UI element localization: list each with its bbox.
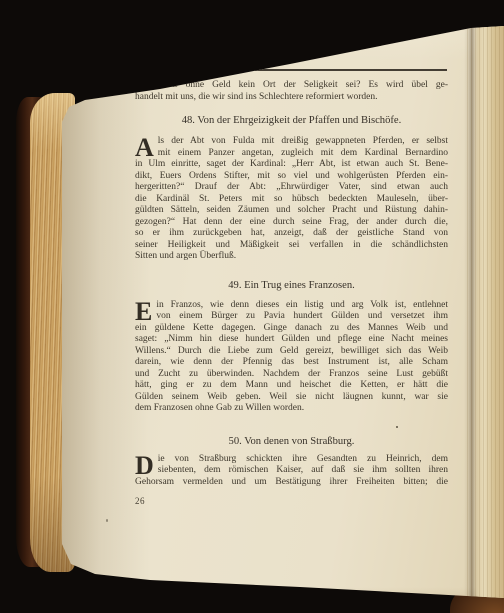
dust-speck <box>106 519 108 522</box>
text-line: seiner Heiligkeit und Mäßigkeit sei verf… <box>135 240 448 252</box>
text-line: Gülden seinem Weib geben. Weil sie nicht… <box>135 392 448 404</box>
drop-cap: A <box>135 137 154 158</box>
page-text-block: Sach, daß ohne Geld kein Ort der Seligke… <box>135 64 448 508</box>
text-line: ls der Abt von Fulda mit dreißig gewappn… <box>135 136 448 148</box>
text-line: mit einem Panzer angetan, zugleich mit d… <box>135 148 448 160</box>
text-line: in Ulm einritte, saget der Kardinal: „He… <box>135 159 448 171</box>
section-paragraph-48: A ls der Abt von Fulda mit dreißig gewap… <box>135 136 448 263</box>
text-line: in Franzos, wie denn dieses ein listig u… <box>135 300 448 312</box>
page-gutter-fold <box>464 0 504 613</box>
text-line: güldten Sätteln, seiden Zäumen und solch… <box>135 205 448 217</box>
text-line: Gehorsam vermelden und um Bestätigung ih… <box>135 477 448 489</box>
text-line: hergeritten?“ Drauf der Abt: „Ehrwürdige… <box>135 182 448 194</box>
book-page: Sach, daß ohne Geld kein Ort der Seligke… <box>0 0 504 613</box>
book-photo: Sach, daß ohne Geld kein Ort der Seligke… <box>0 0 504 613</box>
text-line: Sitten und argen Überfluß. <box>135 251 448 263</box>
text-line: und Zucht zu überwinden. Nachdem der Fra… <box>135 369 448 381</box>
text-line: dikt, Euers Ordens Stifter, mit so viel … <box>135 171 448 183</box>
text-line: ie von Straßburg schickten ihre Gesandte… <box>135 454 448 466</box>
drop-cap: E <box>135 301 152 322</box>
header-rule <box>169 69 447 71</box>
section-paragraph-49: E in Franzos, wie denn dieses ein listig… <box>135 300 448 415</box>
text-line: saget: „Nimm hin diese hundert Gülden un… <box>135 334 448 346</box>
text-line: ein güldene Kette dagegen. Ginge danach … <box>135 323 448 335</box>
text-line: hätt, ging er zu dem Mann und heischet d… <box>135 380 448 392</box>
text-line: darein, wie denn der Pfennig das best In… <box>135 357 448 369</box>
text-line: dem Franzosen ohne Gab zu Willen worden. <box>135 403 448 415</box>
text-line: die Kardinäl St. Peters mit so hübsch be… <box>135 194 448 206</box>
text-line: gezogen?“ Hat denn der eine durch seine … <box>135 217 448 229</box>
text-line: siebenten, dem römischen Kaiser, auf daß… <box>135 465 448 477</box>
section-paragraph-50: D ie von Straßburg schickten ihre Gesand… <box>135 454 448 489</box>
section-heading-49: 49. Ein Trug eines Franzosen. <box>135 279 448 292</box>
intro-paragraph: Sach, daß ohne Geld kein Ort der Seligke… <box>135 80 448 103</box>
drop-cap: D <box>135 455 154 476</box>
section-heading-48: 48. Von der Ehrgeizigkeit der Pfaffen un… <box>135 114 448 127</box>
text-line: Willens.“ Durch die Liebe zum Geld gerei… <box>135 346 448 358</box>
page-number: 26 <box>135 496 448 508</box>
text-line: so er ihm zurückgeben hat, anzeigt, daß … <box>135 228 448 240</box>
section-heading-50: 50. Von denen von Straßburg. <box>135 435 448 448</box>
text-line: handelt mit uns, die wir sind ins Schlec… <box>135 92 448 104</box>
text-line: von einem Bürger zu Pavia hundert Gülden… <box>135 311 448 323</box>
text-line: Sach, daß ohne Geld kein Ort der Seligke… <box>135 80 448 92</box>
